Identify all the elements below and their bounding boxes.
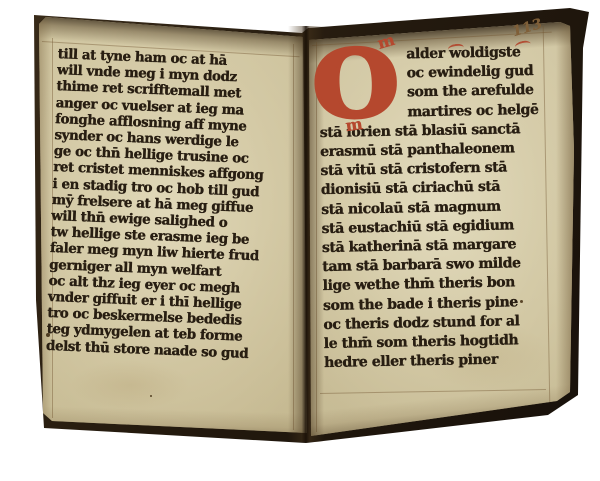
drop-cap-initial: O m m	[315, 41, 404, 130]
parchment-stain	[70, 360, 190, 410]
rubric-squiggle-icon: m	[345, 119, 363, 131]
left-page-text: till at tyne ham oc at hā will vnde meg …	[46, 46, 302, 363]
bottom-ruling-line	[320, 389, 546, 394]
rubric-squiggle-icon: m	[377, 35, 396, 49]
manuscript-photo: till at tyne ham oc at hā will vnde meg …	[0, 0, 600, 481]
